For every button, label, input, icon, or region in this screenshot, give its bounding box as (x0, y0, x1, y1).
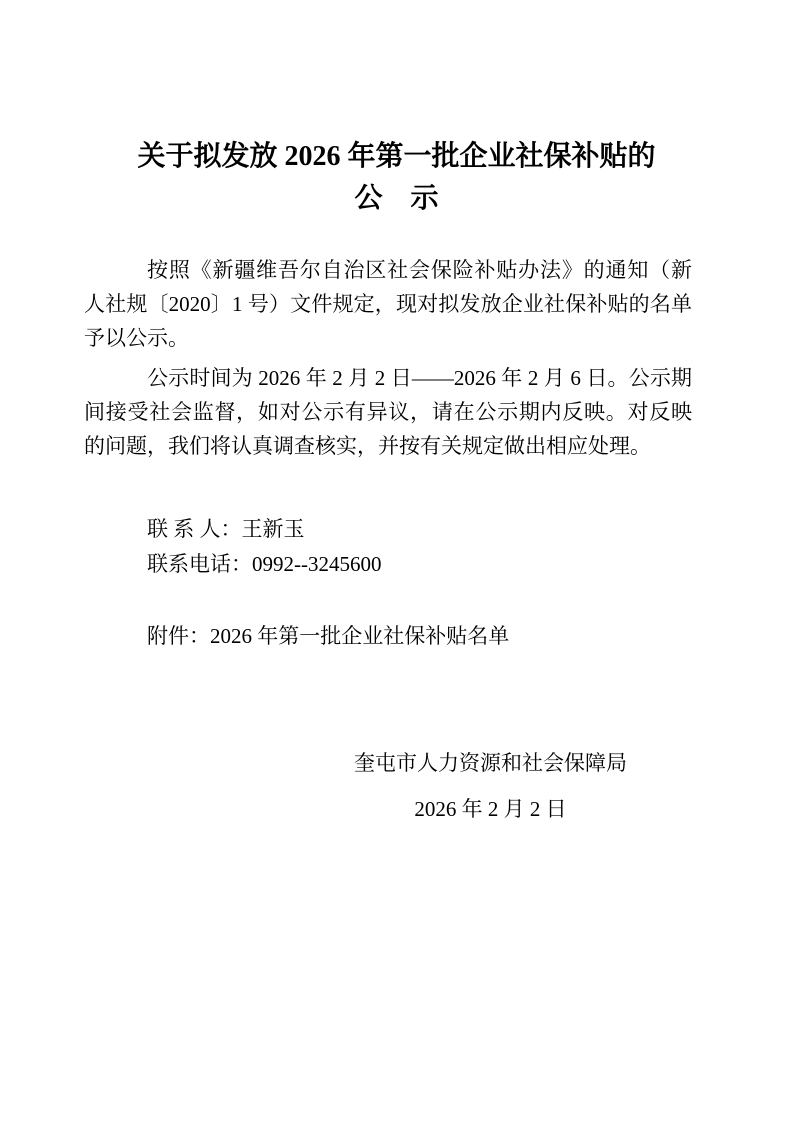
paragraph-legal-basis: 按照《新疆维吾尔自治区社会保险补贴办法》的通知（新人社规〔2020〕1 号）文件… (84, 253, 692, 355)
paragraph-publicity-period: 公示时间为 2026 年 2 月 2 日——2026 年 2 月 6 日。公示期… (84, 361, 692, 463)
attachment-line: 附件：2026 年第一批企业社保补贴名单 (84, 619, 692, 654)
document-page: 关于拟发放 2026 年第一批企业社保补贴的 公 示 按照《新疆维吾尔自治区社会… (0, 0, 793, 1122)
contact-phone-line: 联系电话：0992--3245600 (84, 547, 692, 582)
title-line-2: 公 示 (84, 178, 709, 220)
signature-block: 奎屯市人力资源和社会保障局 2026 年 2 月 2 日 (354, 740, 627, 832)
contact-block: 联 系 人：王新玉 联系电话：0992--3245600 (84, 512, 692, 582)
contact-person-line: 联 系 人：王新玉 (84, 512, 692, 547)
issuer-name: 奎屯市人力资源和社会保障局 (354, 740, 627, 786)
title-line-1: 关于拟发放 2026 年第一批企业社保补贴的 (84, 136, 709, 178)
issue-date: 2026 年 2 月 2 日 (354, 786, 627, 832)
document-title: 关于拟发放 2026 年第一批企业社保补贴的 公 示 (84, 136, 709, 220)
